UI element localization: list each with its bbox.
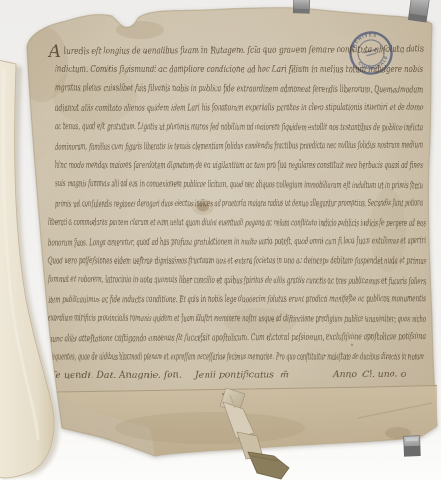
script-line: hinc modo mendax maiores ſacerdotem dign…	[55, 160, 423, 171]
script-line: Quod uero poſſeſsiones eidem ueſtrae dig…	[48, 256, 426, 267]
script-line: ſequentes, quae de uidibus hincmodi plen…	[49, 351, 424, 362]
mounting-clip-bottom-right	[404, 436, 421, 457]
script-line: A	[47, 42, 61, 61]
script-line: Anno	[332, 369, 358, 380]
script-line: suis magnis ſummas alii ad eos in conuex…	[55, 178, 423, 191]
script-line: luredis eſt longius de uenalibus ſuam in…	[64, 44, 424, 57]
script-line: mgratus pleius cuiuslibet fuis ſilvanis …	[55, 82, 423, 95]
script-line: indictum. Comitis ſigismundi ac damplior…	[55, 64, 423, 75]
script-line: ac tenus, quod eſt gratuitum. Ligatis ut…	[55, 121, 423, 133]
script-line: Cl. uno. o	[362, 369, 407, 380]
script-line: nunc aliis atteſtatione caſtigando amoen…	[48, 331, 426, 344]
digitized-charter-photo: ARCHIVES COMMUNALES Aluredis eſt longius…	[0, 0, 441, 480]
script-line: item publicauimus ac fide inductis condi…	[48, 293, 426, 305]
mounting-clip-top-right	[408, 0, 430, 22]
script-line: dominorum, familias cum figuris liberati…	[55, 140, 423, 153]
script-line: m̄	[280, 369, 289, 380]
script-line: Jenii pontificatus	[193, 369, 274, 380]
script-line: liberati a commodares partem clarum et e…	[48, 217, 426, 229]
script-line: primis uel conſulendis regiones derogari…	[55, 198, 423, 210]
script-line: adiunxit aliis comitato alienos quidem i…	[55, 102, 423, 114]
mounting-clip-top-center	[293, 0, 310, 13]
script-line: exordium mirificis prouincialis romanis …	[48, 313, 426, 325]
script-line: ſe uendi. Dat. Anagnie. ſon.	[51, 370, 182, 381]
